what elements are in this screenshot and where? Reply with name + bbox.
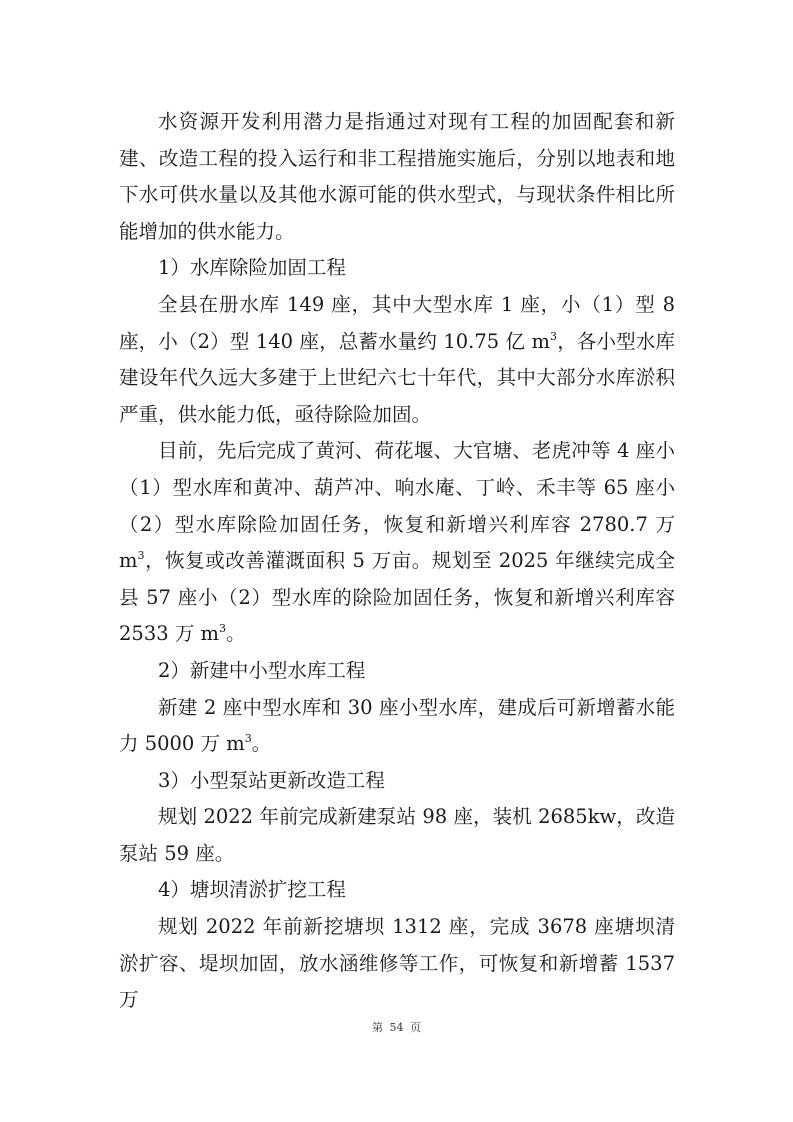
section-heading-pond-dredging: 4）塘坝清淤扩挖工程 bbox=[119, 872, 675, 909]
document-page: 水资源开发利用潜力是指通过对现有工程的加固配套和新建、改造工程的投入运行和非工程… bbox=[0, 0, 793, 1122]
new-reservoirs-paragraph: 新建 2 座中型水库和 30 座小型水库，建成后可新增蓄水能力 5000 万 m… bbox=[119, 690, 675, 763]
reservoir-count-paragraph: 全县在册水库 149 座，其中大型水库 1 座，小（1）型 8 座，小（2）型 … bbox=[119, 287, 675, 433]
pump-stations-paragraph: 规划 2022 年前完成新建泵站 98 座，装机 2685kw，改造泵站 59 … bbox=[119, 799, 675, 872]
section-heading-reservoir-reinforcement: 1）水库除险加固工程 bbox=[119, 250, 675, 287]
page-number: 第 54 页 bbox=[0, 1019, 793, 1035]
section-heading-pump-stations: 3）小型泵站更新改造工程 bbox=[119, 763, 675, 800]
document-body: 水资源开发利用潜力是指通过对现有工程的加固配套和新建、改造工程的投入运行和非工程… bbox=[119, 104, 675, 1019]
section-heading-new-reservoirs: 2）新建中小型水库工程 bbox=[119, 653, 675, 690]
pond-dredging-paragraph: 规划 2022 年前新挖塘坝 1312 座，完成 3678 座塘坝清淤扩容、堤坝… bbox=[119, 909, 675, 1019]
reinforcement-progress-paragraph: 目前，先后完成了黄河、荷花堰、大官塘、老虎冲等 4 座小（1）型水库和黄冲、葫芦… bbox=[119, 433, 675, 653]
intro-paragraph: 水资源开发利用潜力是指通过对现有工程的加固配套和新建、改造工程的投入运行和非工程… bbox=[119, 104, 675, 250]
